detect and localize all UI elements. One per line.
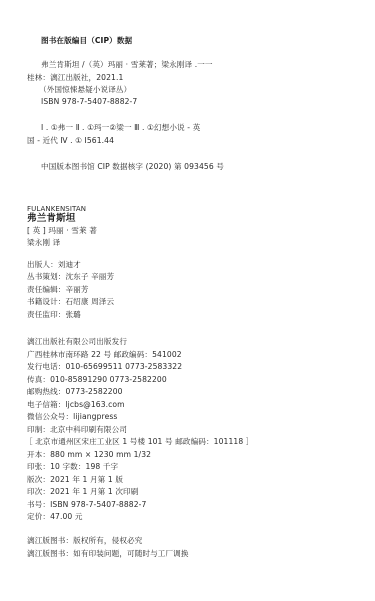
pub-info-sales-phone: 发行电话：010-65699511 0773-2583322 <box>27 362 182 372</box>
notice-copyright: 漓江版图书：版权所有，侵权必究 <box>27 536 142 546</box>
book-author: [ 英 ] 玛丽 · 雪莱 著 <box>27 226 97 236</box>
cip-heading: 图书在版编目（CIP）数据 <box>41 36 132 46</box>
book-translator: 梁永刚 译 <box>27 238 60 248</box>
pub-info-email: 电子信箱：ljcbs@163.com <box>27 400 125 410</box>
pub-info-address: 广西桂林市南环路 22 号 邮政编码：541002 <box>27 350 182 360</box>
book-title: 弗兰肯斯坦 <box>27 213 75 225</box>
credit-publisher-person: 出版人：刘迪才 <box>27 260 81 270</box>
credit-responsible-editor: 责任编辑：辛丽芳 <box>27 285 89 295</box>
cip-number: 中国版本图书馆 CIP 数据核字 (2020) 第 093456 号 <box>41 162 224 172</box>
notice-print-defect: 漓江版图书：如有印装问题，可随时与工厂调换 <box>27 549 189 559</box>
pub-info-wechat: 微信公众号：lijiangpress <box>27 412 117 422</box>
pub-info-sheets-words: 印张：10 字数：198 千字 <box>27 462 118 472</box>
cip-record-line-3: （外国惊悚悬疑小说译丛） <box>39 85 131 95</box>
pub-info-price: 定价：47.00 元 <box>27 512 83 522</box>
credit-book-design: 书籍设计：石绍康 周泽云 <box>27 297 114 307</box>
cip-record-line-1: 弗兰肯斯坦 /（英）玛丽 · 雪莱著；梁永刚译 .一一 <box>41 60 213 70</box>
cip-classification-line-2: 国 - 近代 Ⅳ . ① I561.44 <box>27 136 114 146</box>
credit-print-supervisor: 责任监印：张璐 <box>27 310 81 320</box>
pub-info-fax: 传真：010-85891290 0773-2582200 <box>27 375 167 385</box>
pub-info-publisher: 漓江出版社有限公司出版发行 <box>27 337 127 347</box>
cip-classification-line-1: Ⅰ . ①弗一 Ⅱ . ①玛一②梁一 Ⅲ . ①幻想小说 - 英 <box>41 123 200 133</box>
pub-info-printer: 印制：北京中科印刷有限公司 <box>27 425 127 435</box>
pub-info-isbn: 书号：ISBN 978-7-5407-8882-7 <box>27 500 146 510</box>
cip-record-isbn: ISBN 978-7-5407-8882-7 <box>41 97 137 107</box>
pub-info-mail-order: 邮购热线：0773-2582200 <box>27 387 123 397</box>
pub-info-format: 开本：880 mm × 1230 mm 1/32 <box>27 450 151 460</box>
credit-series-planning: 丛书策划：沈东子 辛丽芳 <box>27 272 114 282</box>
pub-info-edition: 版次：2021 年 1 月第 1 版 <box>27 475 123 485</box>
pub-info-printing: 印次：2021 年 1 月第 1 次印刷 <box>27 487 138 497</box>
cip-record-line-2: 桂林：漓江出版社，2021.1 <box>27 73 123 83</box>
pub-info-printer-address: ［ 北京市通州区宋庄工业区 1 号楼 101 号 邮政编码：101118 ］ <box>25 437 253 447</box>
